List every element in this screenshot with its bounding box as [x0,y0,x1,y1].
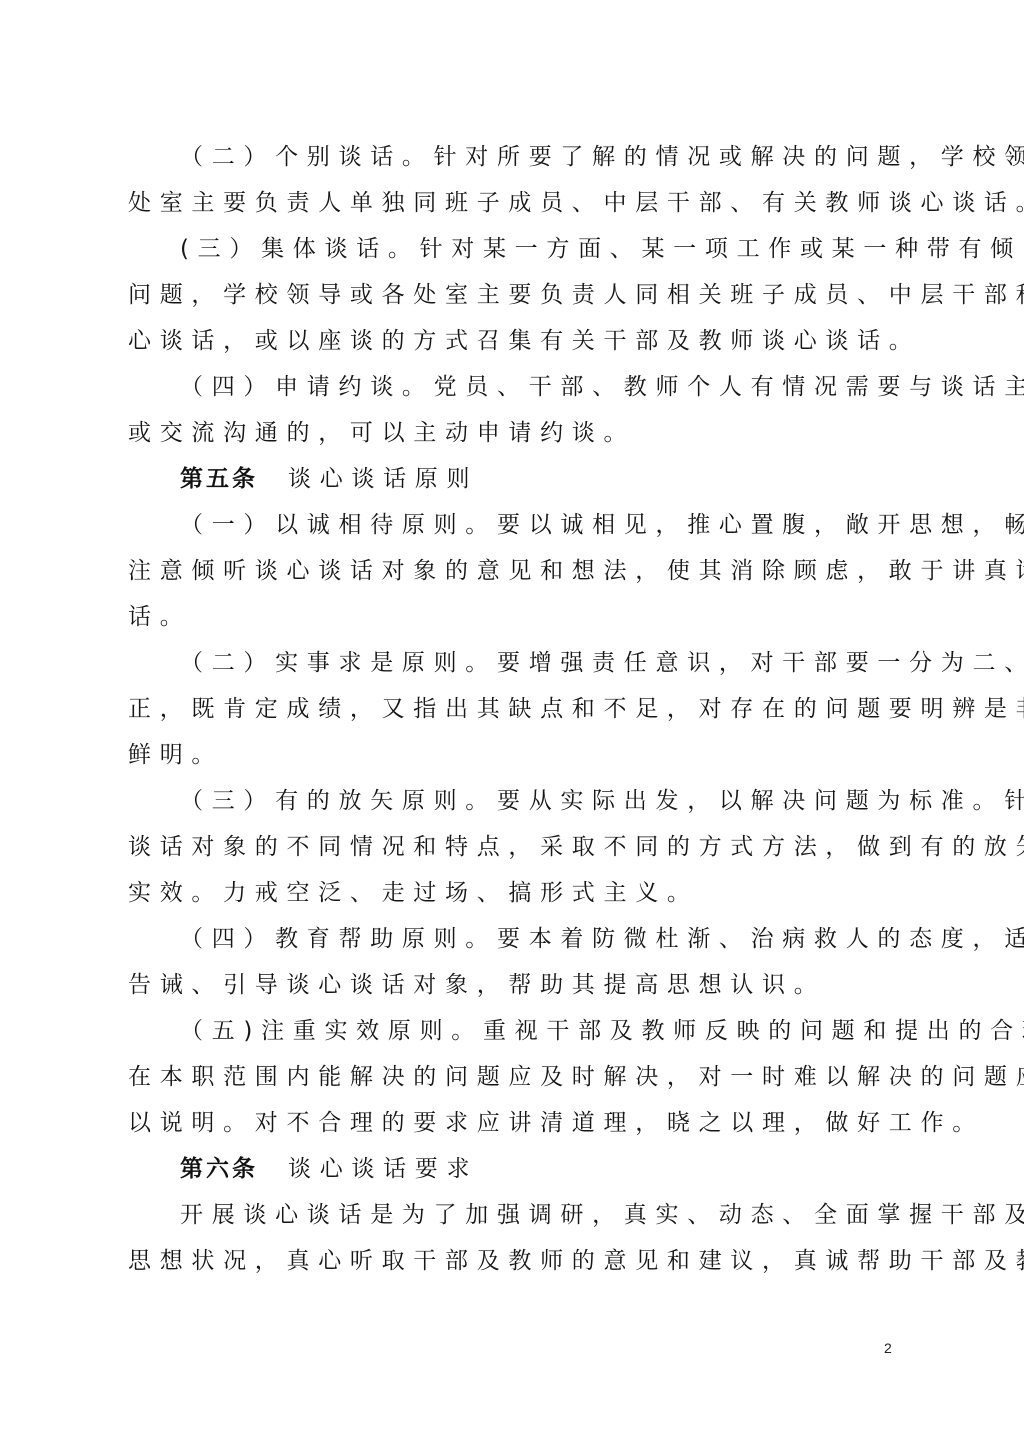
paragraph-line: 以说明。对不合理的要求应讲清道理，晓之以理，做好工作。 [128,1100,898,1146]
paragraph-line: 注意倾听谈心谈话对象的意见和想法，使其消除顾虑，敢于讲真话、讲实 [128,548,898,594]
paragraph-line: 处室主要负责人单独同班子成员、中层干部、有关教师谈心谈话。 [128,180,898,226]
paragraph-line: 在本职范围内能解决的问题应及时解决，对一时难以解决的问题应及时予 [128,1054,898,1100]
page-number: 2 [884,1340,892,1356]
paragraph-line: （一）以诚相待原则。要以诚相见，推心置腹，敞开思想，畅所欲言， [128,502,898,548]
paragraph-line: 谈话对象的不同情况和特点，采取不同的方式方法，做到有的放矢，注重 [128,824,898,870]
paragraph-line: 心谈话，或以座谈的方式召集有关干部及教师谈心谈话。 [128,318,898,364]
paragraph-line: 问题，学校领导或各处室主要负责人同相关班子成员、中层干部和教师谈 [128,272,898,318]
paragraph-line: 或交流沟通的，可以主动申请约谈。 [128,410,898,456]
paragraph-line: （五)注重实效原则。重视干部及教师反映的问题和提出的合理要求， [128,1008,898,1054]
paragraph-line: （四）教育帮助原则。要本着防微杜渐、治病救人的态度，适时提醒、 [128,916,898,962]
article-label: 第六条 [180,1156,258,1182]
paragraph-line: （四）申请约谈。党员、干部、教师个人有情况需要与谈话主体汇报 [128,364,898,410]
paragraph-line: 正，既肯定成绩，又指出其缺点和不足，对存在的问题要明辨是非，态度 [128,686,898,732]
paragraph-line: （三）有的放矢原则。要从实际出发，以解决问题为标准。针对谈心 [128,778,898,824]
document-body: （二）个别谈话。针对所要了解的情况或解决的问题，学校领导或各 处室主要负责人单独… [128,134,898,1284]
paragraph-line: (三）集体谈话。针对某一方面、某一项工作或某一种带有倾向性的 [128,226,898,272]
article-title: 谈心谈话原则 [288,466,478,492]
paragraph-line: （二）个别谈话。针对所要了解的情况或解决的问题，学校领导或各 [128,134,898,180]
paragraph-line: 鲜明。 [128,732,898,778]
paragraph-line: 思想状况，真心听取干部及教师的意见和建议，真诚帮助干部及教师解决 [128,1238,898,1284]
paragraph-line: （二）实事求是原则。要增强责任意识，对干部要一分为二、客观公 [128,640,898,686]
section-heading-5: 第五条谈心谈话原则 [128,456,898,502]
paragraph-line: 开展谈心谈话是为了加强调研，真实、动态、全面掌握干部及教师的 [128,1192,898,1238]
paragraph-line: 话。 [128,594,898,640]
document-page: （二）个别谈话。针对所要了解的情况或解决的问题，学校领导或各 处室主要负责人单独… [0,0,1024,1448]
paragraph-line: 告诫、引导谈心谈话对象，帮助其提高思想认识。 [128,962,898,1008]
article-label: 第五条 [180,466,258,492]
paragraph-line: 实效。力戒空泛、走过场、搞形式主义。 [128,870,898,916]
section-heading-6: 第六条谈心谈话要求 [128,1146,898,1192]
article-title: 谈心谈话要求 [288,1156,478,1182]
